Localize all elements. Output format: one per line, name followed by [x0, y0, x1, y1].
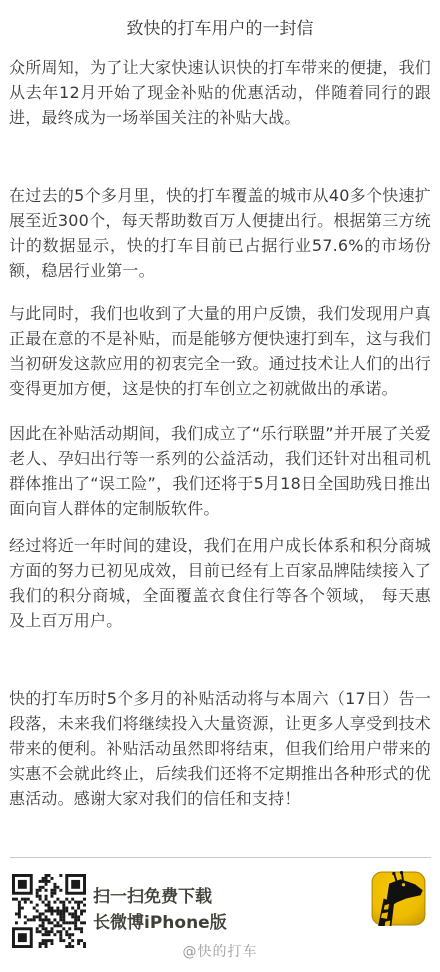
- kuaidi-giraffe-logo-icon: [371, 871, 426, 926]
- long-weibo-letter-image: { "letter": { "title": "致快的打车用户的一封信", "p…: [0, 0, 440, 972]
- watermark: @快的打车: [0, 941, 440, 961]
- letter-paragraph-6: 快的打车历时5个多月的补贴活动将与本周六（17日）告一段落，未来我们将继续投入大…: [9, 686, 431, 811]
- letter-body: 致快的打车用户的一封信 众所周知，为了让大家快速认识快的打车带来的便捷，我们从去…: [0, 0, 440, 811]
- letter-paragraph-1: 众所周知，为了让大家快速认识快的打车带来的便捷，我们从去年12月开始了现金补贴的…: [9, 55, 431, 130]
- qr-caption-line1: 扫一扫免费下载: [93, 884, 227, 910]
- letter-paragraph-2: 在过去的5个多月里，快的打车覆盖的城市从40多个快速扩展至近300个，每天帮助数…: [9, 183, 431, 283]
- qr-code-icon: [12, 874, 86, 948]
- letter-paragraph-3: 与此同时，我们也收到了大量的用户反馈，我们发现用户真正最在意的不是补贴，而是能够…: [9, 301, 431, 401]
- qr-caption-line2: 长微博iPhone版: [93, 910, 227, 936]
- qr-caption: 扫一扫免费下载 长微博iPhone版: [93, 884, 227, 936]
- letter-paragraph-4: 因此在补贴活动期间，我们成立了“乐行联盟”并开展了关爱老人、孕妇出行等一系列的公…: [9, 421, 431, 521]
- letter-paragraph-5: 经过将近一年时间的建设，我们在用户成长体系和积分商城方面的努力已初见成效，目前已…: [9, 533, 431, 633]
- letter-title: 致快的打车用户的一封信: [9, 0, 431, 42]
- footer-divider: [10, 857, 431, 858]
